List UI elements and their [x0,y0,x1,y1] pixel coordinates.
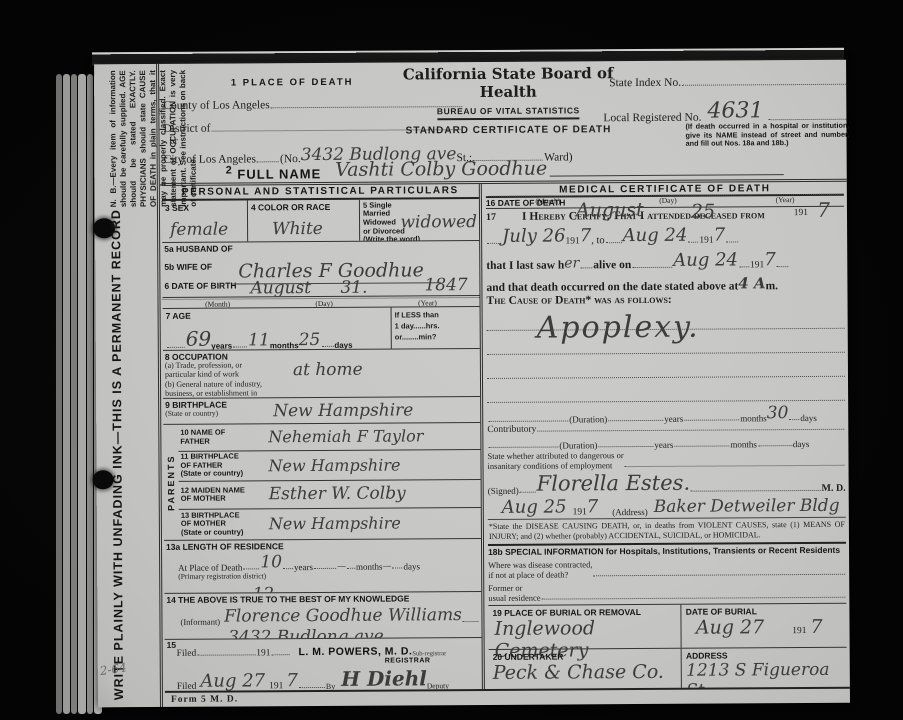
contributory-label: Contributory [487,425,536,435]
parents-block: PARENTS 10 NAME OF FATHER Nehemiah F Tay… [163,423,481,541]
dotted-rule [682,83,846,86]
father-birthplace-value: New Hampshire [268,455,400,475]
undertaker-address-field: ADDRESS 1213 S Figueroa St [682,648,847,691]
certificate-photo: WRITE PLAINLY WITH UNFADING INK—THIS IS … [0,0,903,720]
birthplace-field: 9 BIRTHPLACE (State or country) New Hamp… [163,397,480,425]
race-label: 4 COLOR OR RACE [251,202,356,213]
cause-footnote: *State the DISEASE CAUSING DEATH, or, in… [488,518,846,546]
months-label: months [740,413,767,423]
sex-label: 3 SEX [165,202,244,212]
certificate-title: STANDARD CERTIFICATE OF DEATH [373,124,643,137]
year-prefix: 191 [573,507,587,517]
personal-column: PERSONAL AND STATISTICAL PARTICULARS 3 S… [162,184,485,691]
photograph-background: WRITE PLAINLY WITH UNFADING INK—THIS IS … [0,0,903,720]
left-margin-instructions: WRITE PLAINLY WITH UNFADING INK—THIS IS … [108,70,160,700]
month-label: (Month) [535,197,560,206]
m-label: m. [766,280,779,292]
years-label: years [664,414,683,424]
mother-birthplace-label: 13 BIRTHPLACE OF MOTHER (State or countr… [181,511,269,537]
special-info-field: 18b SPECIAL INFORMATION for Hospitals, I… [488,544,846,606]
residence-label: 13a LENGTH OF RESIDENCE [166,540,479,552]
months-label: months [270,341,299,350]
father-name-value: Nehemiah F Taylor [268,426,423,446]
day-label: (Day) [315,299,333,308]
informant-value: Florence Goodhue Williams [224,605,462,626]
bureau-subtitle: BUREAU OF VITAL STATISTICS [437,105,580,120]
age-months-value: 11 [248,330,270,350]
date-of-burial-field: DATE OF BURIAL Aug 27 191 7 [682,604,847,648]
undertaker-value: Peck & Chase Co. [493,661,677,684]
occupation-value: at home [293,360,363,380]
undertaker-field: 20 UNDERTAKER Peck & Chase Co. [489,649,683,691]
form-columns: PERSONAL AND STATISTICAL PARTICULARS 3 S… [162,182,850,691]
father-birthplace-label: 11 BIRTHPLACE OF FATHER (State or countr… [180,453,268,479]
age-field: 7 AGE 69 years 11 months 25 [163,307,480,351]
spouse-field: 5a HUSBAND OF 5b WIFE OF Charles F Goodh… [162,241,479,298]
signature-rule [549,173,784,176]
year-label: (Year) [418,298,437,307]
certify-number: 17 [486,212,496,223]
place-of-burial-field: 19 PLACE OF BURIAL OR REMOVAL Inglewood … [488,605,682,649]
registrar-label: REGISTRAR [385,657,480,665]
at-place-years-value: 10 [260,552,282,572]
month-label: (Month) [205,299,230,308]
marital-value: widowed [400,212,477,232]
county-label: County of Los Angeles [163,99,269,112]
days-label: days [334,341,352,350]
employment-label: State whether attributed to dangerous or… [487,450,623,471]
days-label: days [403,561,420,571]
at-place-months-value: — [337,561,346,571]
full-name-label: 2 FULL NAME [226,164,322,182]
years-label: years [211,342,232,351]
year-prefix: 191 [256,648,270,658]
margin-note: N. B.—Every item of information should b… [108,70,157,207]
age-days-value: 25 [299,330,321,350]
mother-name-label: 12 MAIDEN NAME OF MOTHER [181,486,269,504]
state-index-label: State Index No. [609,77,681,89]
undertaker-address-value: 1213 S Figueroa St [686,660,843,691]
filed-label: Filed [177,648,197,658]
attended-from-year: 7 [580,225,592,246]
race-value: White [272,219,323,239]
subregistrar-label: Sub-registrar [412,650,446,657]
father-name-field: 10 NAME OF FATHER Nehemiah F Taylor [178,423,480,452]
md-label: M. D. [821,483,845,494]
signed-date-value: Aug 25 [502,496,567,517]
year-prefix: 191 [699,236,713,246]
full-name-value: Vashti Colby Goodhue [335,158,547,181]
at-place-days-value: — [382,561,391,571]
attended-from-value: July 26 [502,225,566,246]
duration-days-value: 30 [767,403,789,423]
burial-year-value: 7 [810,616,822,638]
burial-date-value: Aug 27 [696,616,764,638]
margin-headline: WRITE PLAINLY WITH UNFADING INK—THIS IS … [109,209,160,700]
mother-birthplace-value: New Hampshire [269,514,401,534]
special-label: 18b SPECIAL INFORMATION for Hospitals, I… [488,545,846,557]
if-less-line2: 1 day......hrs. [395,320,477,332]
deputy-signature: H Diehl [341,666,427,691]
residence-field: 13a LENGTH OF RESIDENCE At Place of Deat… [164,539,481,594]
occurred-text: and that death occurred on the date stat… [486,280,738,294]
full-name-line: 2 FULL NAME Vashti Colby Goodhue [226,156,786,181]
occupation-field: 8 OCCUPATION (a) Trade, profession, or p… [163,349,480,399]
full-name-number: 2 [226,164,233,176]
mother-name-value: Esther W. Colby [269,484,406,505]
parents-label: PARENTS [163,424,179,539]
primary-district-label: (Primary registration district) [178,571,479,581]
physician-address-value: Baker Detweiler Bldg [654,496,840,517]
registrar-stamp: L. M. POWERS, M. D. [298,645,412,658]
signed-value: Florella Estes. [537,471,691,496]
year-prefix: 191 [794,208,808,218]
contracted-label: Where was disease contracted, if not at … [488,560,592,581]
informant-field: 14 THE ABOVE IS TRUE TO THE BEST OF MY K… [164,592,481,640]
sex-field: 3 SEX female [162,200,248,242]
if-less-line3: or........min? [395,331,477,343]
contributory-field: Contributory (Duration) years months [487,423,845,451]
if-less-line1: If LESS than [395,309,477,321]
signed-year-value: 7 [587,496,599,517]
year-prefix: 191 [269,681,283,691]
year-label: (Year) [776,195,795,204]
address-label: (Address) [612,507,648,517]
duration-label: (Duration) [559,440,597,450]
state-index-line: State Index No. [609,76,847,89]
filed-field: 15 Filed 191 L. M. POWERS, M. D. Sub-reg… [165,638,482,691]
day-label: (Day) [659,196,677,205]
sex-value: female [170,219,228,239]
dob-year-value: 1847 [424,275,467,295]
filed-label: Filed [177,681,197,690]
to-label: , to [591,235,604,246]
father-name-label: 10 NAME OF FATHER [180,428,268,446]
attended-to-year: 7 [714,225,726,246]
duration-label: (Duration) [569,414,607,424]
dob-month-value: August [250,278,311,298]
years-label: years [294,562,313,572]
undertaker-row: 20 UNDERTAKER Peck & Chase Co. ADDRESS 1… [489,648,847,691]
race-field: 4 COLOR OR RACE White [248,200,360,242]
age-label: 7 AGE [166,310,388,321]
filed-year-value: 7 [286,670,298,691]
sex-race-marital-row: 3 SEX female 4 COLOR OR RACE White 5 Sin… [162,199,479,243]
deputy-label: Deputy [427,681,449,690]
birthplace-value: New Hampshire [273,400,413,421]
age-years-value: 69 [186,327,212,351]
last-saw-pronoun: er [564,255,579,271]
days-label: days [800,413,817,423]
form-number-label: Form 5 M. D. [171,694,238,704]
occupation-b-label: (b) General nature of industry, business… [165,379,478,398]
filed-number: 15 [167,640,177,650]
months-label: months [730,439,757,449]
filed-date-value: Aug 27 [200,670,265,691]
year-prefix: 191 [792,626,806,636]
board-title: California State Board of Health [373,64,643,102]
days-label: days [793,439,810,449]
father-birthplace-field: 11 BIRTHPLACE OF FATHER (State or countr… [178,450,480,482]
if-less-field: If LESS than 1 day......hrs. or........m… [392,307,480,349]
burial-row: 19 PLACE OF BURIAL OR REMOVAL Inglewood … [488,604,846,650]
marital-field: 5 Single Married Widowed or Divorced (Wr… [360,199,479,241]
year-prefix: 191 [565,236,579,246]
by-label: By [326,682,335,691]
attended-to-value: Aug 24 [623,225,688,246]
medical-column: MEDICAL CERTIFICATE OF DEATH 16 DATE OF … [482,182,850,689]
cause-of-death-field: Apoplexy. (Duration) years [487,305,846,425]
year-prefix: 191 [750,260,764,270]
certificate-form: 1 PLACE OF DEATH County of Los Angeles D… [156,60,850,707]
knowledge-label: 14 THE ABOVE IS TRUE TO THE BEST OF MY K… [166,593,479,605]
employment-signed-field: State whether attributed to dangerous or… [487,449,845,520]
last-saw-date-value: Aug 24 [673,249,738,270]
years-label: years [654,440,673,450]
former-residence-label: Former or usual residence [488,583,540,603]
local-registered-value: 4631 [707,98,763,123]
mother-birthplace-field: 13 BIRTHPLACE OF MOTHER (State or countr… [179,508,481,540]
certificate-page: WRITE PLAINLY WITH UNFADING INK—THIS IS … [94,60,850,708]
last-saw-prefix: that I last saw h [486,259,564,271]
dob-day-value: 31. [340,278,367,298]
form-header: 1 PLACE OF DEATH County of Los Angeles D… [161,60,847,186]
alive-on-label: alive on [593,259,631,271]
last-saw-year-value: 7 [764,249,776,270]
certify-field: 17 I Hereby Certify, That I attended dec… [486,206,845,307]
husband-label: 5a HUSBAND OF [164,242,477,254]
hospital-note: (If death occurred in a hospital or inst… [685,122,849,149]
signed-label: (Signed) [488,486,519,496]
mother-name-field: 12 MAIDEN NAME OF MOTHER Esther W. Colby [179,480,481,510]
months-label: months [356,561,383,571]
informant-label: (Informant) [180,616,220,626]
district-label: District of [163,123,210,135]
occurred-time-value: 4 A [738,274,765,292]
